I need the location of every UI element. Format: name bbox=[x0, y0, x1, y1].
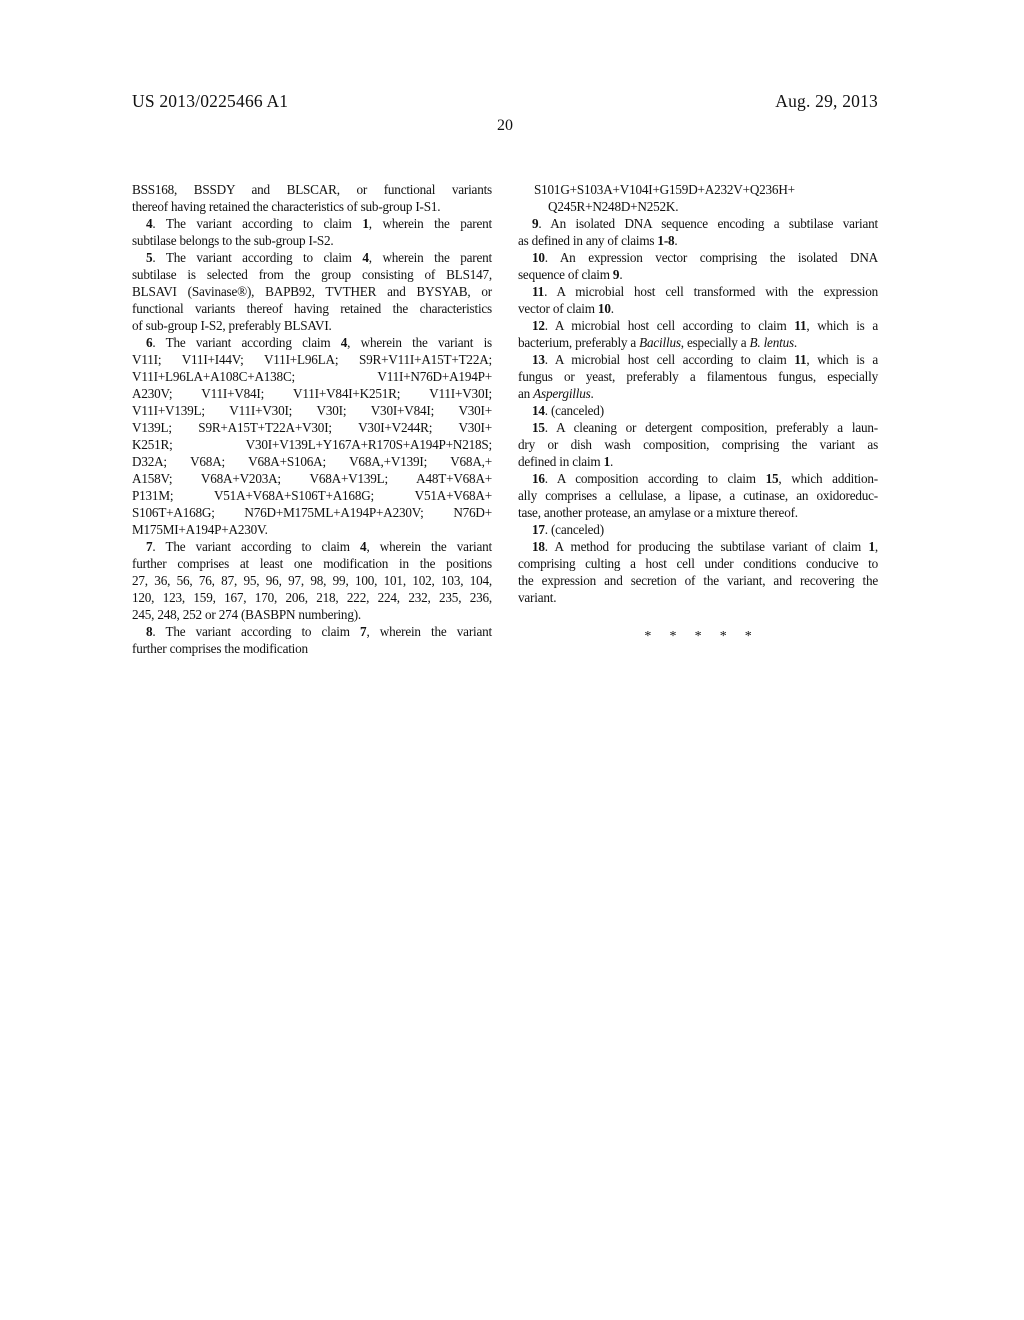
claim-paragraph: 9. An isolated DNA sequence encoding a s… bbox=[518, 215, 878, 249]
text-line: sequence of claim 9. bbox=[518, 266, 878, 283]
claim-paragraph: 8. The variant according to claim 7, whe… bbox=[132, 623, 492, 657]
claims-body: BSS168, BSSDY and BLSCAR, or functional … bbox=[132, 181, 878, 657]
text-line: 7. The variant according to claim 4, whe… bbox=[132, 538, 492, 555]
text-line: S101G+S103A+V104I+G159D+A232V+Q236H+ bbox=[518, 181, 878, 198]
claim-paragraph: 10. An expression vector comprising the … bbox=[518, 249, 878, 283]
text-line: bacterium, preferably a Bacillus, especi… bbox=[518, 334, 878, 351]
publication-number: US 2013/0225466 A1 bbox=[132, 91, 288, 112]
claim-paragraph: 6. The variant according claim 4, wherei… bbox=[132, 334, 492, 538]
text-line: P131M; V51A+V68A+S106T+A168G; V51A+V68A+ bbox=[132, 487, 492, 504]
text-line: functional variants thereof having retai… bbox=[132, 300, 492, 317]
text-line: V11I+V139L; V11I+V30I; V30I; V30I+V84I; … bbox=[132, 402, 492, 419]
publication-date: Aug. 29, 2013 bbox=[775, 91, 878, 112]
text-line: subtilase is selected from the group con… bbox=[132, 266, 492, 283]
claim-paragraph: 4. The variant according to claim 1, whe… bbox=[132, 215, 492, 249]
text-line: V11I; V11I+I44V; V11I+L96LA; S9R+V11I+A1… bbox=[132, 351, 492, 368]
claim-paragraph: S101G+S103A+V104I+G159D+A232V+Q236H+Q245… bbox=[518, 181, 878, 215]
text-line: M175MI+A194P+A230V. bbox=[132, 521, 492, 538]
text-line: BLSAVI (Savinase®), BAPB92, TVTHER and B… bbox=[132, 283, 492, 300]
end-of-claims-marker: * * * * * bbox=[518, 628, 878, 645]
text-line: Q245R+N248D+N252K. bbox=[518, 198, 878, 215]
claim-paragraph: 5. The variant according to claim 4, whe… bbox=[132, 249, 492, 334]
text-line: 16. A composition according to claim 15,… bbox=[518, 470, 878, 487]
claim-paragraph: 11. A microbial host cell transformed wi… bbox=[518, 283, 878, 317]
left-column: BSS168, BSSDY and BLSCAR, or functional … bbox=[132, 181, 492, 657]
text-line: comprising culting a host cell under con… bbox=[518, 555, 878, 572]
claim-paragraph: 12. A microbial host cell according to c… bbox=[518, 317, 878, 351]
text-line: A230V; V11I+V84I; V11I+V84I+K251R; V11I+… bbox=[132, 385, 492, 402]
text-line: 17. (canceled) bbox=[518, 521, 878, 538]
text-line: fungus or yeast, preferably a filamentou… bbox=[518, 368, 878, 385]
text-line: 245, 248, 252 or 274 (BASBPN numbering). bbox=[132, 606, 492, 623]
text-line: variant. bbox=[518, 589, 878, 606]
claim-paragraph: 7. The variant according to claim 4, whe… bbox=[132, 538, 492, 623]
text-line: V11I+L96LA+A108C+A138C; V11I+N76D+A194P+ bbox=[132, 368, 492, 385]
text-line: defined in claim 1. bbox=[518, 453, 878, 470]
text-line: 18. A method for producing the subtilase… bbox=[518, 538, 878, 555]
text-line: 27, 36, 56, 76, 87, 95, 96, 97, 98, 99, … bbox=[132, 572, 492, 589]
text-line: K251R; V30I+V139L+Y167A+R170S+A194P+N218… bbox=[132, 436, 492, 453]
text-line: the expression and secretion of the vari… bbox=[518, 572, 878, 589]
claim-paragraph: 16. A composition according to claim 15,… bbox=[518, 470, 878, 521]
text-line: 10. An expression vector comprising the … bbox=[518, 249, 878, 266]
text-line: further comprises the modification bbox=[132, 640, 492, 657]
text-line: further comprises at least one modificat… bbox=[132, 555, 492, 572]
text-line: tase, another protease, an amylase or a … bbox=[518, 504, 878, 521]
text-line: as defined in any of claims 1-8. bbox=[518, 232, 878, 249]
text-line: D32A; V68A; V68A+S106A; V68A,+V139I; V68… bbox=[132, 453, 492, 470]
text-line: 8. The variant according to claim 7, whe… bbox=[132, 623, 492, 640]
text-line: 4. The variant according to claim 1, whe… bbox=[132, 215, 492, 232]
right-column: S101G+S103A+V104I+G159D+A232V+Q236H+Q245… bbox=[518, 181, 878, 657]
claim-paragraph: 18. A method for producing the subtilase… bbox=[518, 538, 878, 606]
text-line: S106T+A168G; N76D+M175ML+A194P+A230V; N7… bbox=[132, 504, 492, 521]
text-line: ally comprises a cellulase, a lipase, a … bbox=[518, 487, 878, 504]
text-line: of sub-group I-S2, preferably BLSAVI. bbox=[132, 317, 492, 334]
text-line: 14. (canceled) bbox=[518, 402, 878, 419]
text-line: 12. A microbial host cell according to c… bbox=[518, 317, 878, 334]
text-line: vector of claim 10. bbox=[518, 300, 878, 317]
claim-paragraph: 15. A cleaning or detergent composition,… bbox=[518, 419, 878, 470]
text-line: BSS168, BSSDY and BLSCAR, or functional … bbox=[132, 181, 492, 198]
text-line: 5. The variant according to claim 4, whe… bbox=[132, 249, 492, 266]
text-line: an Aspergillus. bbox=[518, 385, 878, 402]
claim-paragraph: 17. (canceled) bbox=[518, 521, 878, 538]
text-line: 6. The variant according claim 4, wherei… bbox=[132, 334, 492, 351]
text-line: 120, 123, 159, 167, 170, 206, 218, 222, … bbox=[132, 589, 492, 606]
text-line: * * * * * bbox=[518, 628, 878, 645]
claim-paragraph: 14. (canceled) bbox=[518, 402, 878, 419]
text-line: thereof having retained the characterist… bbox=[132, 198, 492, 215]
text-line: 11. A microbial host cell transformed wi… bbox=[518, 283, 878, 300]
page-number: 20 bbox=[132, 117, 878, 135]
claim-paragraph: BSS168, BSSDY and BLSCAR, or functional … bbox=[132, 181, 492, 215]
claim-paragraph: 13. A microbial host cell according to c… bbox=[518, 351, 878, 402]
text-line: V139L; S9R+A15T+T22A+V30I; V30I+V244R; V… bbox=[132, 419, 492, 436]
text-line: A158V; V68A+V203A; V68A+V139L; A48T+V68A… bbox=[132, 470, 492, 487]
text-line: 9. An isolated DNA sequence encoding a s… bbox=[518, 215, 878, 232]
patent-page: US 2013/0225466 A1 Aug. 29, 2013 20 BSS1… bbox=[0, 0, 1024, 1320]
text-line: 13. A microbial host cell according to c… bbox=[518, 351, 878, 368]
text-line: subtilase belongs to the sub-group I-S2. bbox=[132, 232, 492, 249]
text-line: 15. A cleaning or detergent composition,… bbox=[518, 419, 878, 436]
text-line: dry or dish wash composition, comprising… bbox=[518, 436, 878, 453]
